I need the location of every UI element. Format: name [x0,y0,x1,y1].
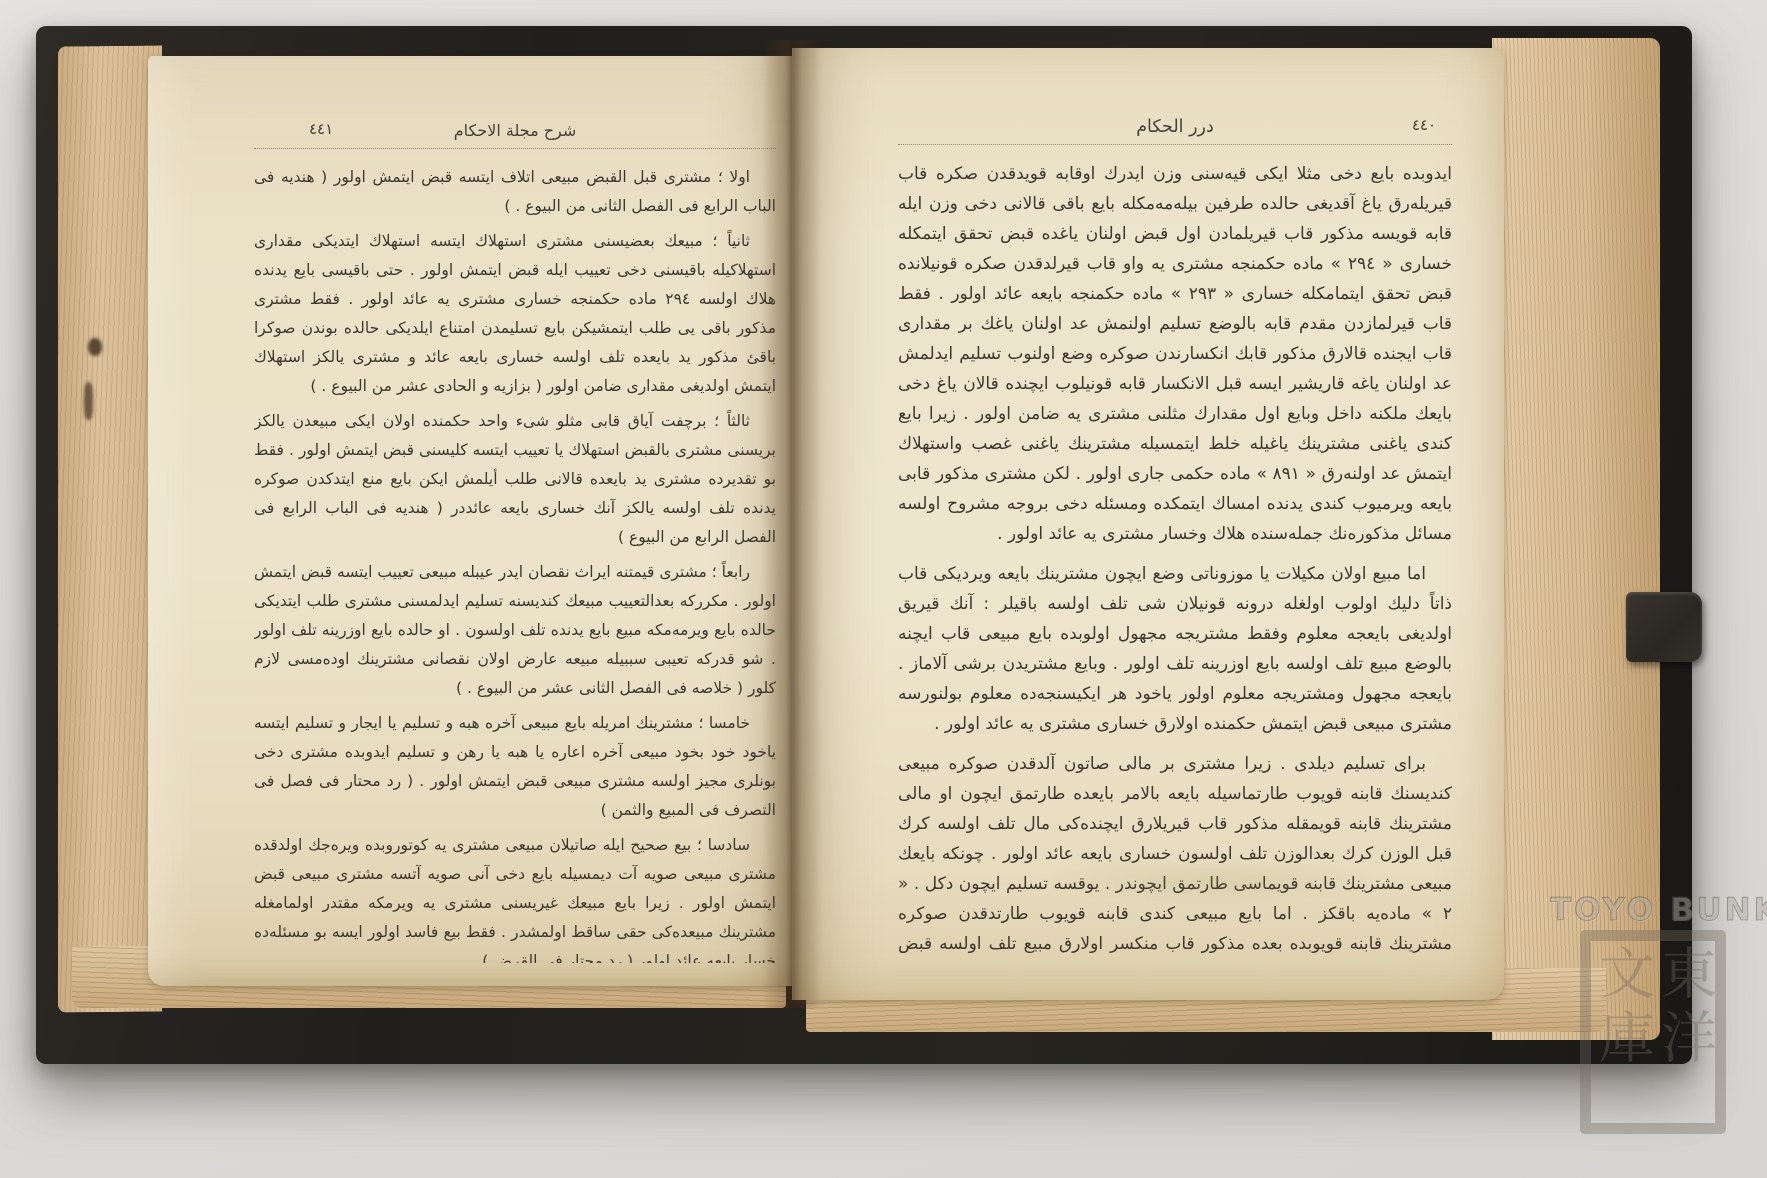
left-page-number: ٤٤١ [309,120,333,138]
paragraph: براى تسليم ديلدى . زيرا مشترى بر مالى صا… [898,749,1452,959]
left-page: ٤٤١ شرح مجلة الاحكام اولا ؛ مشترى قبل ال… [148,56,792,986]
paragraph: سادسا ؛ بيع صحيح ايله صاتيلان مبيعى مشتر… [254,831,776,963]
page-block-right-edge [1492,38,1660,1040]
stain [84,382,93,420]
right-page-number: ٤٤٠ [1412,116,1436,134]
ink-smudge [1040,858,1380,904]
page-block-left-edge [58,46,162,1013]
paragraph: ايدوبده بايع دخى مثلا ايكى قيه‌سنى وزن ا… [898,159,1452,549]
paragraph: اما مبيع اولان مكيلات يا موزوناتى وضع اي… [898,559,1452,739]
photo-backdrop: ٤٤١ شرح مجلة الاحكام اولا ؛ مشترى قبل ال… [0,0,1767,1178]
left-page-header: ٤٤١ شرح مجلة الاحكام [254,114,776,149]
paragraph: ثالثاً ؛ برچفت آياق قابى مثلو شىء واحد ح… [254,407,776,552]
right-page-header: ٤٤٠ درر الحكام [898,110,1452,145]
stain [88,338,102,356]
right-page: ٤٤٠ درر الحكام ايدوبده بايع دخى مثلا ايك… [792,48,1504,1000]
book-clasp [1626,592,1702,662]
right-page-title: درر الحكام [898,110,1452,144]
book-gutter [762,40,822,1008]
paragraph: اولا ؛ مشترى قبل القبض مبيعى اتلاف ايتسه… [254,163,776,221]
paragraph: ثانياً ؛ مبيعك بعضيسنى مشترى استهلاك ايت… [254,227,776,401]
right-page-body: ايدوبده بايع دخى مثلا ايكى قيه‌سنى وزن ا… [898,159,1452,959]
paragraph: خامسا ؛ مشترينك امريله بايع مبيعى آخره ه… [254,709,776,825]
left-page-body: اولا ؛ مشترى قبل القبض مبيعى اتلاف ايتسه… [254,163,776,963]
paragraph: رابعاً ؛ مشترى قيمتنه ايراث نقصان ايدر ع… [254,558,776,703]
